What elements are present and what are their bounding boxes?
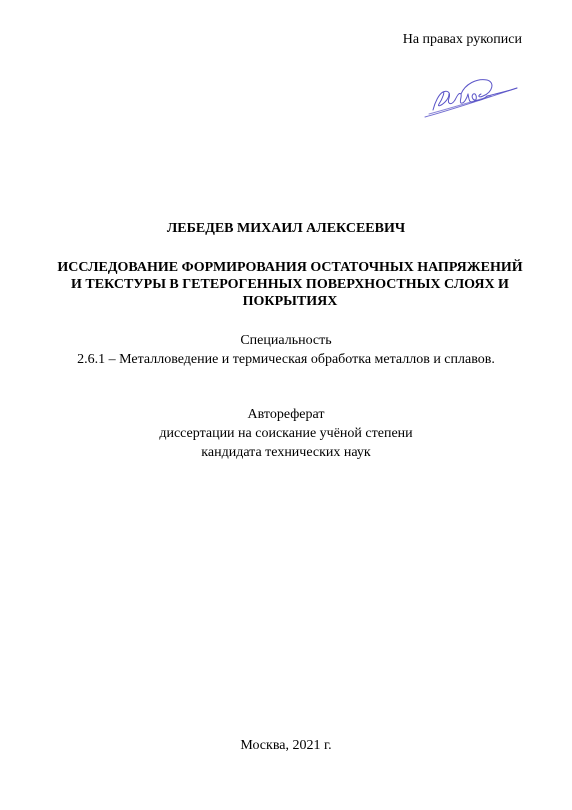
title-line: ИССЛЕДОВАНИЕ ФОРМИРОВАНИЯ ОСТАТОЧНЫХ НАП…: [40, 259, 540, 276]
dissertation-title: ИССЛЕДОВАНИЕ ФОРМИРОВАНИЯ ОСТАТОЧНЫХ НАП…: [40, 259, 540, 310]
abstract-block: Автореферат диссертации на соискание учё…: [0, 405, 572, 462]
title-line: ПОКРЫТИЯХ: [40, 293, 540, 310]
rights-note: На правах рукописи: [403, 31, 522, 49]
signature-icon: [421, 72, 521, 120]
title-line: И ТЕКСТУРЫ В ГЕТЕРОГЕННЫХ ПОВЕРХНОСТНЫХ …: [40, 276, 540, 293]
abstract-line: Автореферат: [0, 405, 572, 424]
abstract-line: диссертации на соискание учёной степени: [0, 424, 572, 443]
author-name: ЛЕБЕДЕВ МИХАИЛ АЛЕКСЕЕВИЧ: [0, 220, 572, 238]
specialty-label: Специальность: [0, 331, 572, 350]
document-page: На правах рукописи ЛЕБЕДЕВ МИХАИЛ АЛЕКСЕ…: [0, 0, 572, 810]
specialty-value: 2.6.1 – Металловедение и термическая обр…: [0, 350, 572, 369]
abstract-line: кандидата технических наук: [0, 443, 572, 462]
city-year: Москва, 2021 г.: [0, 737, 572, 755]
specialty-block: Специальность 2.6.1 – Металловедение и т…: [0, 331, 572, 369]
